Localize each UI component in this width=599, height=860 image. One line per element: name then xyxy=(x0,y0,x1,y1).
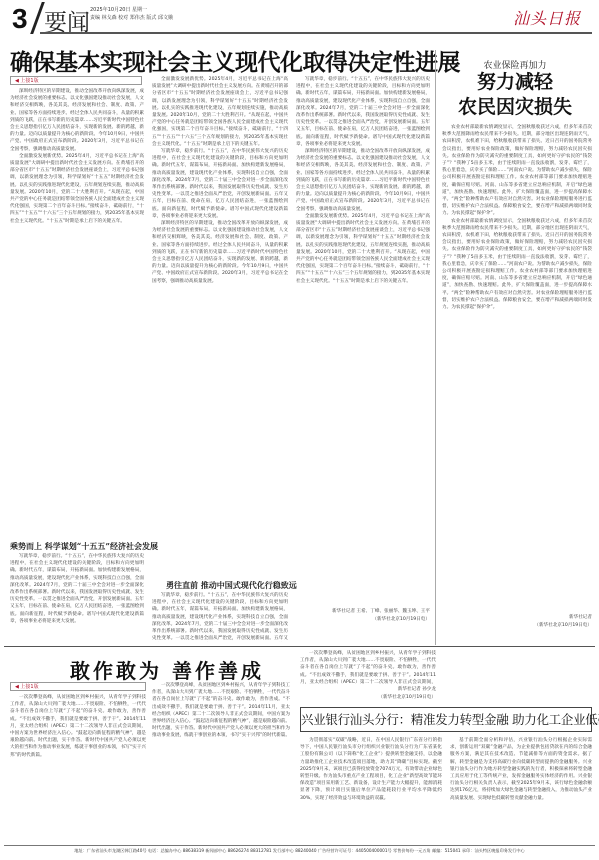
header-slash-divider xyxy=(30,2,45,34)
continued-from-page-1-second[interactable]: ◀ 上接1版 xyxy=(10,682,146,691)
lead-column-2b-text: 写就华章，稳步前行。“十五五”，在中华民族伟大复兴的历史进程中，在社会主义现代化… xyxy=(152,592,288,642)
footer-rule xyxy=(4,845,595,846)
lead-subhead-2: 勇往直前 推动中国式现代化行稳致远 xyxy=(166,580,297,591)
lead-byline: 新华社记者 王希、丁峰、张丽华、魏玉坤、王平 xyxy=(296,608,430,614)
side-story-text-cont: 农业农村部最新农情调度显示，全国秋粮收获过六成，但多年来首次秋季大范围降雨给农民… xyxy=(442,218,592,312)
lead-headline: 确保基本实现社会主义现代化取得决定性进展 xyxy=(10,44,430,77)
lead-column-2-text-cont: 写就华章，稳步前行。“十五五”，在中华民族伟大复兴的历史进程中，在社会主义现代化… xyxy=(152,148,288,220)
continued-from-page-1[interactable]: ◀ 上接1版 xyxy=(10,76,142,85)
second-column-1: 一次次攀登高峰，从贫困地区到乡村振兴，从青年学子到科技工作者，从深山大川到广袤大… xyxy=(10,694,146,844)
side-byline: 新华社记者 xyxy=(442,614,592,620)
second-column-2-text: 一次次攀登高峰，从贫困地区到乡村振兴，从青年学子到科技工作者，从深山大川到广袤大… xyxy=(152,682,290,740)
second-dateline: （新华社北京10月19日电） xyxy=(300,694,436,700)
lead-column-3-text-cont: 深圳经济特区的早期建设，推动全国改革开放向纵深发展，成为经济社会发展的重要标志。… xyxy=(296,148,430,213)
side-story-text: 农业农村部最新农情调度显示，全国秋粮收获过六成，但多年来首次秋季大范围降雨给农民… xyxy=(442,124,592,218)
side-title-line-2: 农民因灾损失 xyxy=(440,95,590,120)
lead-column-3-text-cont2: 全面激发发展新优势。2025年4月，习近平总书记在上海“高质量发展”大调研中提出… xyxy=(296,213,430,285)
side-dateline: （新华社北京10月19日电） xyxy=(442,622,592,628)
editor-credits: 责编 林戈森 校对 郑伟杰 版式 邱文娥 xyxy=(90,14,173,22)
side-title: 努力减轻 农民因灾损失 xyxy=(440,70,590,120)
lead-column-2-text: 全面激发发展新优势。2025年4月，习近平总书记在上海“高质量发展”大调研中提出… xyxy=(152,76,288,148)
second-column-2: 一次次攀登高峰，从贫困地区到乡村振兴，从青年学子到科技工作者，从深山大川到广袤大… xyxy=(152,682,290,844)
lead-column-3-text: 写就华章，稳步前行。“十五五”，在中华民族伟大复兴的历史进程中，在社会主义现代化… xyxy=(296,76,430,148)
lead-column-1-text-cont: 全面激发发展新优势。2025年4月，习近平总书记在上海“高质量发展”大调研中提出… xyxy=(10,153,144,225)
second-column-1-text: 一次次攀登高峰，从贫困地区到乡村振兴，从青年学子到科技工作者，从深山大川到广袤大… xyxy=(10,694,146,759)
issue-date: 2025年10月20日 星期一 xyxy=(90,6,173,14)
footer-info: 地址：广东省汕头市龙湖区韩江路40号 电话：总编办中心 88638319 新闻部… xyxy=(0,848,599,854)
lead-column-1: 深圳经济特区的早期建设，推动全国改革开放向纵深发展，成为经济社会发展的重要标志。… xyxy=(10,88,144,540)
second-byline: 新华社记者 孙少龙 xyxy=(300,686,436,692)
section-rule xyxy=(4,646,595,647)
lead-column-3: 写就华章，稳步前行。“十五五”，在中华民族伟大复兴的历史进程中，在社会主义现代化… xyxy=(296,76,430,606)
second-column-3: 一次次攀登高峰，从贫困地区到乡村振兴，从青年学子到科技工作者，从深山大川到广袤大… xyxy=(300,650,436,684)
column-divider xyxy=(435,50,436,645)
bank-headline-box: 兴业银行汕头分行：精准发力转型金融 助力化工企业低碳升级 xyxy=(300,707,592,732)
side-title-line-1: 努力减轻 xyxy=(440,70,590,95)
lead-column-1b-text: 写就华章，稳步前行。“十五五”，在中华民族伟大复兴的历史进程中，在社会主义现代化… xyxy=(10,553,144,625)
bank-column-1-text: 为贯彻落实“双碳”战略，近日，在中国人民银行广东省分行的指导下，中国人民银行汕头… xyxy=(300,737,442,802)
side-story-body: 农业农村部最新农情调度显示，全国秋粮收获过六成，但多年来首次秋季大范围降雨给农民… xyxy=(442,124,592,610)
lead-column-2-text-cont2: 深圳经济特区的早期建设，推动全国改革开放向纵深发展，成为经济社会发展的重要标志。… xyxy=(152,220,288,285)
page-header: 3 要闻 2025年10月20日 星期一 责编 林戈森 校对 郑伟杰 版式 邱文… xyxy=(0,0,599,40)
lead-column-1b: 写就华章，稳步前行。“十五五”，在中华民族伟大复兴的历史进程中，在社会主义现代化… xyxy=(10,553,144,643)
issue-meta: 2025年10月20日 星期一 责编 林戈森 校对 郑伟杰 版式 邱文娥 xyxy=(90,6,173,22)
page-number: 3 xyxy=(12,3,28,35)
lead-column-2b: 写就华章，稳步前行。“十五五”，在中华民族伟大复兴的历史进程中，在社会主义现代化… xyxy=(152,592,288,642)
lead-column-1-text: 深圳经济特区的早期建设，推动全国改革开放向纵深发展，成为经济社会发展的重要标志。… xyxy=(10,88,144,153)
header-rule xyxy=(40,32,592,34)
lead-column-2: 全面激发发展新优势。2025年4月，习近平总书记在上海“高质量发展”大调研中提出… xyxy=(152,76,288,566)
lead-dateline: （新华社北京10月19日电） xyxy=(296,616,430,622)
masthead-logo: 汕头日报 xyxy=(513,6,581,29)
second-column-3-text: 一次次攀登高峰，从贫困地区到乡村振兴，从青年学子到科技工作者，从深山大川到广袤大… xyxy=(300,650,436,684)
lead-subhead-1: 乘势而上 科学谋划“十五五”经济社会发展 xyxy=(10,541,158,552)
bank-column-1: 为贯彻落实“双碳”战略，近日，在中国人民银行广东省分行的指导下，中国人民银行汕头… xyxy=(300,737,442,843)
bank-column-2: 基于前期全面分析和评估，兴业银行汕头分行根据企业实际需求，创新运用“双碳”金融产… xyxy=(450,737,592,843)
bank-column-2-text: 基于前期全面分析和评估，兴业银行汕头分行根据企业实际需求，创新运用“双碳”金融产… xyxy=(450,737,592,802)
